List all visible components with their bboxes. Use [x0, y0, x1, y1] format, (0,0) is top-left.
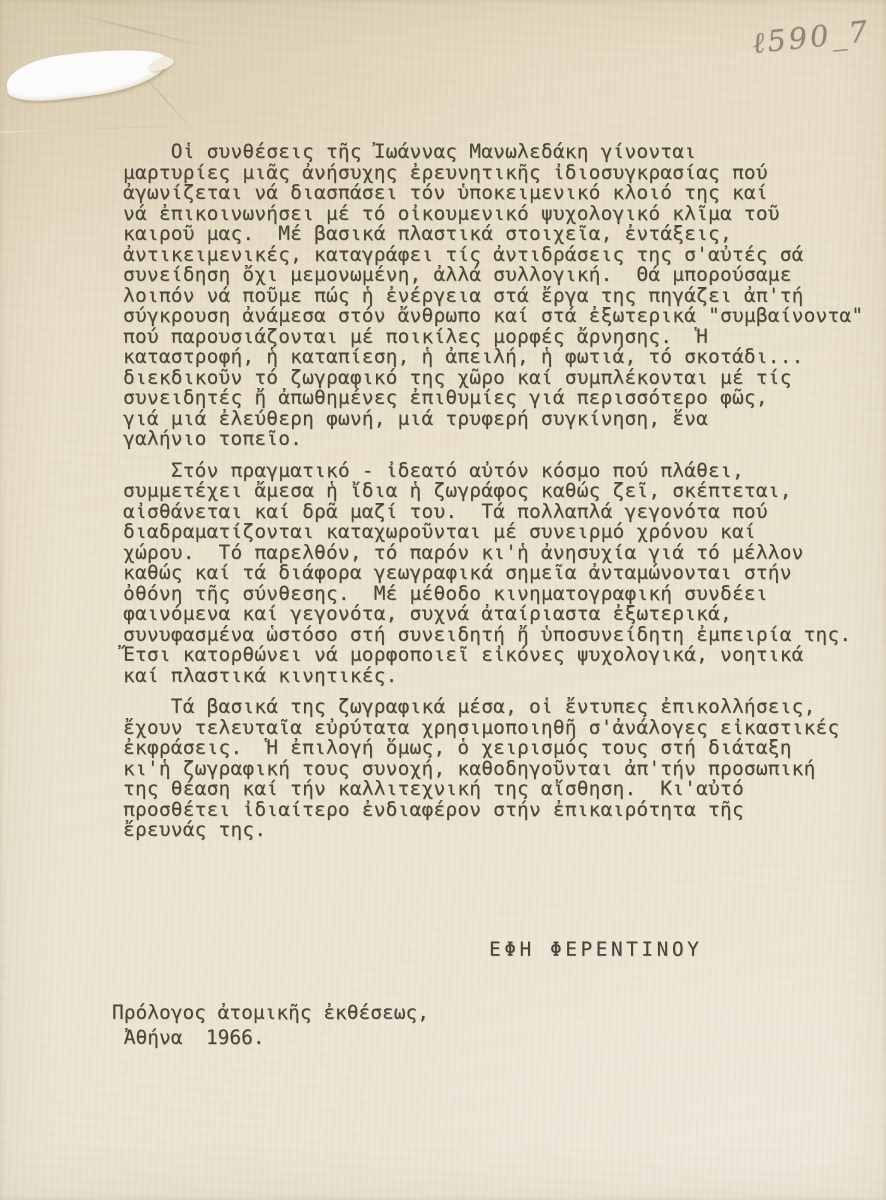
text-line: σύγκρουση ἀνάμεσα στόν ἄνθρωπο καί στά ἐ… — [123, 306, 883, 327]
footer-line: Πρόλογος ἀτομικῆς ἐκθέσεως, — [112, 1000, 429, 1025]
footer-provenance: Πρόλογος ἀτομικῆς ἐκθέσεως, Ἀθήνα 1966. — [112, 1000, 429, 1050]
handwritten-catalog-number: ℓ590_7 — [750, 14, 871, 61]
text-line: ὀθόνη τῆς σύνθεσης. Μέ μέθοδο κινηματογρ… — [123, 584, 883, 605]
text-line: ἔρευνάς της. — [123, 820, 883, 841]
text-line: Οἱ συνθέσεις τῆς Ἰωάννας Μανωλεδάκη γίνο… — [123, 142, 883, 163]
text-line: γιά μιά ἐλεύθερη φωνή, μιά τρυφερή συγκί… — [123, 409, 883, 430]
paper-crease — [62, 10, 208, 48]
text-line: της θέαση καί τήν καλλιτεχνική της αἴσθη… — [123, 779, 883, 800]
text-line: αἰσθάνεται καί δρᾶ μαζί του. Τά πολλαπλά… — [123, 502, 883, 523]
text-line: κι'ἡ ζωγραφική τους συνοχή, καθοδηγοῦντα… — [123, 759, 883, 780]
text-line: γαλήνιο τοπεῖο. — [123, 429, 883, 450]
text-line: ἐκφράσεις. Ἡ ἐπιλογή ὅμως, ὁ χειρισμός τ… — [123, 738, 883, 759]
paragraph: Οἱ συνθέσεις τῆς Ἰωάννας Μανωλεδάκη γίνο… — [123, 142, 883, 450]
footer-line: Ἀθήνα 1966. — [112, 1025, 429, 1050]
text-line: συνείδηση ὄχι μεμονωμένη, ἀλλά συλλογική… — [123, 265, 883, 286]
scanned-paper-page: ℓ590_7 Οἱ συνθέσεις τῆς Ἰωάννας Μανωλεδά… — [0, 0, 886, 1200]
text-line: χώρου. Τό παρελθόν, τό παρόν κι'ἡ ἀνησυχ… — [123, 543, 883, 564]
text-line: συμμετέχει ἄμεσα ἡ ἴδια ἡ ζωγράφος καθώς… — [123, 481, 883, 502]
text-line: μαρτυρίες μιᾶς ἀνήσυχης ἐρευνητικῆς ἰδιο… — [123, 163, 883, 184]
author-signature: ΕΦΗ ΦΕΡΕΝΤΙΝΟΥ — [489, 938, 702, 961]
text-line: Στόν πραγματικό - ἰδεατό αὐτόν κόσμο πού… — [123, 461, 883, 482]
paper-crease — [0, 124, 210, 132]
text-line: καταστροφή, ἡ καταπίεση, ἡ ἀπειλή, ἡ φωτ… — [123, 347, 883, 368]
typewritten-text-body: Οἱ συνθέσεις τῆς Ἰωάννας Μανωλεδάκη γίνο… — [123, 142, 883, 841]
text-line: ἔχουν τελευταῖα εὐρύτατα χρησιμοποιηθῆ σ… — [123, 718, 883, 739]
text-line: διαδραματίζονται καταχωροῦνται μέ συνειρ… — [123, 522, 883, 543]
text-line: διεκδικοῦν τό ζωγραφικό της χῶρο καί συμ… — [123, 368, 883, 389]
text-line: συνυφασμένα ὡστόσο στή συνειδητή ἤ ὑποσυ… — [123, 625, 883, 646]
text-line: φαινόμενα καί γεγονότα, συχνά ἀταίριαστα… — [123, 604, 883, 625]
text-line: καθώς καί τά διάφορα γεωγραφικά σημεῖα ἀ… — [123, 563, 883, 584]
text-line: προσθέτει ἰδιαίτερο ἐνδιαφέρον στήν ἐπικ… — [123, 800, 883, 821]
text-line: συνειδητές ἤ ἀπωθημένες ἐπιθυμίες γιά πε… — [123, 388, 883, 409]
text-line: ἀντικειμενικές, καταγράφει τίς ἀντιδράσε… — [123, 245, 883, 266]
text-line: Τά βασικά της ζωγραφικά μέσα, οἱ ἔντυπες… — [123, 697, 883, 718]
text-line: ἀγωνίζεται νά διασπάσει τόν ὑποκειμενικό… — [123, 183, 883, 204]
text-line: λοιπόν νά ποῦμε πώς ἡ ἐνέργεια στά ἔργα … — [123, 286, 883, 307]
text-line: νά ἐπικοινωνήσει μέ τό οἰκουμενικό ψυχολ… — [123, 204, 883, 225]
paragraph: Στόν πραγματικό - ἰδεατό αὐτόν κόσμο πού… — [123, 461, 883, 687]
text-line: καί πλαστικά κινητικές. — [123, 666, 883, 687]
text-line: καιροῦ μας. Μέ βασικά πλαστικά στοιχεῖα,… — [123, 224, 883, 245]
paper-tear-patch — [4, 42, 170, 105]
text-line: πού παρουσιάζονται μέ ποικίλες μορφές ἄρ… — [123, 327, 883, 348]
text-line: Ἔτσι κατορθώνει νά μορφοποιεῖ εἰκόνες ψυ… — [123, 645, 883, 666]
paragraph: Τά βασικά της ζωγραφικά μέσα, οἱ ἔντυπες… — [123, 697, 883, 841]
